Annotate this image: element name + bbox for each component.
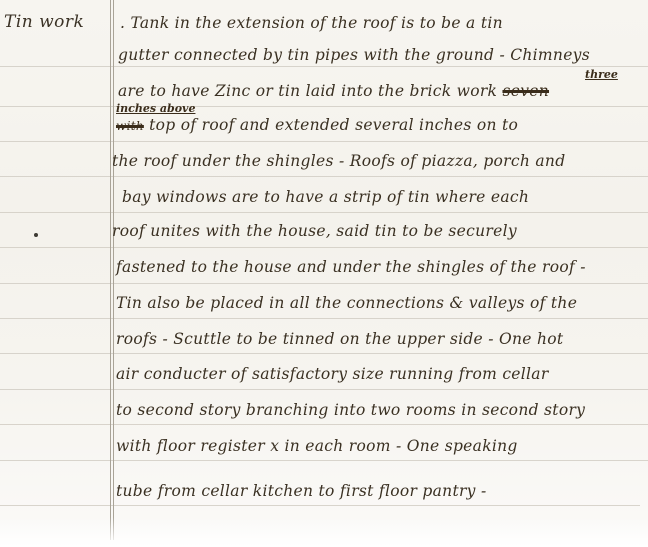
ruled-line <box>0 176 648 177</box>
ruled-line <box>0 318 648 319</box>
ruled-line <box>0 353 648 354</box>
line-4-text: top of roof and extended several inches … <box>149 116 518 134</box>
struck-word: with <box>116 119 144 133</box>
text-line-6: bay windows are to have a strip of tin w… <box>122 188 529 206</box>
text-line-1: . Tank in the extension of the roof is t… <box>120 14 503 32</box>
text-line-10: roofs - Scuttle to be tinned on the uppe… <box>116 330 563 348</box>
ruled-line <box>0 460 648 461</box>
ink-spot <box>34 233 38 237</box>
ruled-line <box>0 66 648 67</box>
text-line-12: to second story branching into two rooms… <box>116 401 585 419</box>
margin-line-inner <box>113 0 114 540</box>
text-line-4: with top of roof and extended several in… <box>116 116 518 134</box>
ruled-line <box>0 389 648 390</box>
struck-word: seven <box>502 82 549 100</box>
text-line-11: air conducter of satisfactory size runni… <box>116 365 549 383</box>
ruled-line <box>0 141 648 142</box>
text-line-8: fastened to the house and under the shin… <box>116 258 586 276</box>
ruled-line <box>0 283 648 284</box>
inserted-phrase: inches above <box>116 102 195 115</box>
inserted-word: three <box>585 68 618 81</box>
manuscript-page: Tin work . Tank in the extension of the … <box>0 0 648 547</box>
text-line-13: with floor register x in each room - One… <box>116 437 518 455</box>
text-line-2: gutter connected by tin pipes with the g… <box>118 46 590 64</box>
line-3-text: are to have Zinc or tin laid into the br… <box>118 82 497 100</box>
ruled-line <box>0 247 648 248</box>
ruled-line <box>0 212 648 213</box>
margin-line-outer <box>110 0 111 540</box>
ruled-line <box>0 424 648 425</box>
text-line-9: Tin also be placed in all the connection… <box>116 294 577 312</box>
text-line-14: tube from cellar kitchen to first floor … <box>116 482 487 500</box>
text-line-3: are to have Zinc or tin laid into the br… <box>118 82 549 100</box>
ruled-line <box>0 106 648 107</box>
text-line-5: the roof under the shingles - Roofs of p… <box>112 152 565 170</box>
ruled-line <box>0 505 640 506</box>
text-line-7: roof unites with the house, said tin to … <box>112 222 517 240</box>
margin-heading: Tin work <box>4 12 84 32</box>
